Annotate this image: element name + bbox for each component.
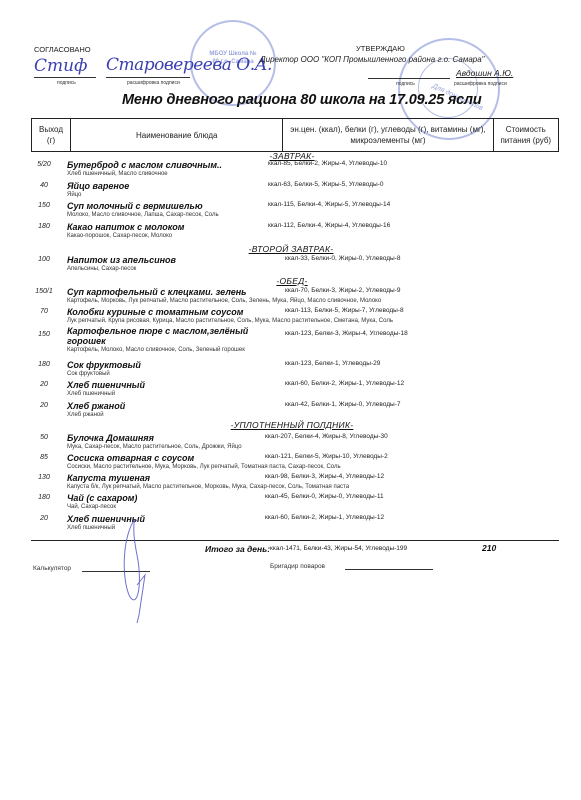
dish-name: Сок фруктовый bbox=[67, 360, 141, 370]
approval-right-position: Директор ООО "КОП Промышленного района г… bbox=[260, 55, 485, 64]
dish-nutrition: ккал-112, Белки-4, Жиры-4, Углеводы-16 bbox=[268, 222, 390, 229]
dish-output: 20 bbox=[28, 515, 60, 522]
dish-ingredients: Хлеб пшеничный bbox=[67, 525, 115, 531]
dish-nutrition: ккал-42, Белки-1, Жиры-0, Углеводы-7 bbox=[285, 401, 400, 408]
dish-ingredients: Чай, Сахар-песок bbox=[67, 504, 116, 510]
dish-nutrition: ккал-115, Белки-4, Жиры-5, Углеводы-14 bbox=[268, 201, 390, 208]
signature-line-right bbox=[368, 78, 450, 79]
stamp-school-text: МБОУ Школа № 80 г.о. Самара bbox=[208, 50, 258, 66]
dish-name: Какао напиток с молоком bbox=[67, 222, 184, 232]
dish-ingredients: Мука, Сахар-песок, Масло растительное, С… bbox=[67, 444, 242, 450]
dish-output: 100 bbox=[28, 256, 60, 263]
dish-output: 130 bbox=[28, 474, 60, 481]
section-title: -ОБЕД- bbox=[276, 276, 307, 286]
total-cost: 210 bbox=[482, 543, 496, 553]
approval-right-name: Авдошин А.Ю. bbox=[456, 68, 513, 78]
dish-nutrition: ккал-121, Белки-5, Жиры-10, Углеводы-2 bbox=[265, 453, 388, 460]
dish-nutrition: ккал-85, Белки-2, Жиры-4, Углеводы-10 bbox=[268, 160, 387, 167]
dish-nutrition: ккал-33, Белки-0, Жиры-0, Углеводы-8 bbox=[285, 255, 400, 262]
dish-nutrition: ккал-45, Белки-0, Жиры-0, Углеводы-11 bbox=[265, 493, 384, 500]
dish-output: 150 bbox=[28, 202, 60, 209]
dish-output: 180 bbox=[28, 361, 60, 368]
dish-name: Напиток из апельсинов bbox=[67, 255, 176, 265]
menu-table-header: Выход (г) Наименование блюда эн.цен. (кк… bbox=[31, 118, 559, 152]
signature-caption-left: подпись bbox=[57, 80, 76, 86]
dish-output: 85 bbox=[28, 454, 60, 461]
dish-nutrition: ккал-98, Белки-3, Жиры-4, Углеводы-12 bbox=[265, 473, 384, 480]
signature-caption-right: подпись bbox=[396, 81, 415, 87]
chef-label: Бригадир поваров bbox=[270, 563, 325, 570]
section-title: -ВТОРОЙ ЗАВТРАК- bbox=[249, 244, 334, 254]
dish-output: 150/1 bbox=[28, 288, 60, 295]
dish-name: Картофельное пюре с маслом,зелёный bbox=[67, 326, 248, 336]
dish-name: Сосиска отварная с соусом bbox=[67, 453, 194, 463]
dish-output: 20 bbox=[28, 381, 60, 388]
dish-name: Чай (с сахаром) bbox=[67, 493, 137, 503]
signature-line-left bbox=[34, 77, 96, 78]
dish-nutrition: ккал-70, Белки-3, Жиры-2, Углеводы-9 bbox=[285, 287, 400, 294]
dish-nutrition: ккал-207, Белки-4, Жиры-8, Углеводы-30 bbox=[265, 433, 388, 440]
dish-nutrition: ккал-123, Белки-1, Углеводы-29 bbox=[285, 360, 380, 367]
dish-ingredients: Молоко, Масло сливочное, Лапша, Сахар-пе… bbox=[67, 212, 219, 218]
dish-name: Суп молочный с вермишелью bbox=[67, 201, 203, 211]
dish-output: 5/20 bbox=[28, 161, 60, 168]
dish-output: 50 bbox=[28, 434, 60, 441]
dish-nutrition: ккал-60, Белки-2, Жиры-1, Углеводы-12 bbox=[285, 380, 404, 387]
dish-name: Капуста тушеная bbox=[67, 473, 150, 483]
dish-name: Хлеб ржаной bbox=[67, 401, 125, 411]
header-output: Выход (г) bbox=[32, 119, 71, 152]
dish-ingredients: Яйцо bbox=[67, 192, 81, 198]
dish-output: 180 bbox=[28, 494, 60, 501]
dish-nutrition: ккал-113, Белки-5, Жиры-7, Углеводы-8 bbox=[285, 307, 404, 314]
header-dish-name: Наименование блюда bbox=[71, 119, 283, 152]
dish-ingredients: Картофель, Молоко, Масло сливочное, Соль… bbox=[67, 347, 245, 353]
stamp-org-inner bbox=[418, 58, 478, 118]
dish-ingredients: Какао-порошок, Сахар-песок, Молоко bbox=[67, 233, 172, 239]
dish-ingredients: Хлеб пшеничный, Масло сливочное bbox=[67, 171, 168, 177]
dish-output: 20 bbox=[28, 402, 60, 409]
dish-name: Колобки куриные с томатным соусом bbox=[67, 307, 243, 317]
dish-nutrition: ккал-123, Белки-3, Жиры-4, Углеводы-18 bbox=[285, 330, 408, 337]
calculator-signature bbox=[115, 515, 155, 625]
dish-output: 180 bbox=[28, 223, 60, 230]
dish-ingredients: Апельсины, Сахар-песок bbox=[67, 266, 136, 272]
name-line-left bbox=[106, 77, 190, 78]
approval-right-heading: УТВЕРЖДАЮ bbox=[356, 44, 405, 53]
name-caption-right: расшифровка подписи bbox=[454, 81, 507, 87]
dish-ingredients: Лук репчатый, Крупа рисовая, Курица, Мас… bbox=[67, 318, 393, 324]
header-cost: Стоимость питания (руб) bbox=[493, 119, 558, 152]
dish-name-continued: горошек bbox=[67, 336, 106, 346]
signature-left: Стиф bbox=[34, 56, 87, 76]
calculator-label: Калькулятор bbox=[33, 565, 71, 572]
dish-output: 150 bbox=[28, 331, 60, 338]
dish-ingredients: Капуста б/к, Лук репчатый, Масло растите… bbox=[67, 484, 349, 490]
name-caption-left: расшифровка подписи bbox=[127, 80, 180, 86]
chef-signature-line bbox=[345, 569, 433, 570]
dish-nutrition: ккал-60, Белки-2, Жиры-1, Углеводы-12 bbox=[265, 514, 384, 521]
dish-output: 40 bbox=[28, 182, 60, 189]
dish-name: Суп картофельный с клецками. зелень bbox=[67, 287, 246, 297]
dish-name: Яйцо вареное bbox=[67, 181, 129, 191]
dish-ingredients: Сосиски, Масло растительное, Мука, Морко… bbox=[67, 464, 341, 470]
dish-output: 70 bbox=[28, 308, 60, 315]
total-divider bbox=[31, 540, 559, 541]
total-label: Итого за день: bbox=[205, 544, 270, 554]
dish-nutrition: ккал-63, Белки-5, Жиры-5, Углеводы-0 bbox=[268, 181, 383, 188]
header-nutrition: эн.цен. (ккал), белки (г), углеводы (г),… bbox=[283, 119, 493, 152]
dish-name: Хлеб пшеничный bbox=[67, 380, 145, 390]
total-nutrition: ккал-1471, Белки-43, Жиры-54, Углеводы-1… bbox=[270, 545, 407, 552]
dish-name: Булочка Домашняя bbox=[67, 433, 154, 443]
dish-ingredients: Сок фруктовый bbox=[67, 371, 110, 377]
page-title: Меню дневного рациона 80 школа на 17.09.… bbox=[122, 92, 482, 108]
dish-ingredients: Картофель, Морковь, Лук репчатый, Масло … bbox=[67, 298, 381, 304]
dish-ingredients: Хлеб ржаной bbox=[67, 412, 104, 418]
approval-left-heading: СОГЛАСОВАНО bbox=[34, 45, 91, 54]
section-title: -УПЛОТНЕННЫЙ ПОЛДНИК- bbox=[231, 420, 354, 430]
dish-ingredients: Хлеб пшеничный bbox=[67, 391, 115, 397]
dish-name: Бутерброд с маслом сливочным.. bbox=[67, 160, 222, 170]
